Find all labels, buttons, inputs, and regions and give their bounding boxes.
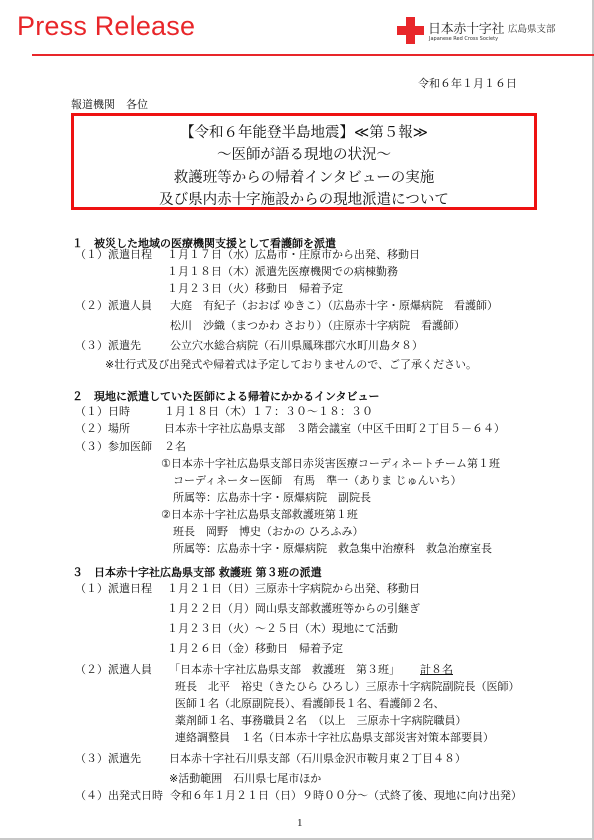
s3-schedule-4: １月２６日（金）移動日 帰着予定 xyxy=(167,642,343,656)
s3-staff-team: 「日本赤十字社広島県支部 救護班 第３班」 xyxy=(169,663,400,677)
s2-doctor-1-affiliation: 所属等：広島赤十字・原爆病院 副院長 xyxy=(173,491,371,505)
s3-schedule-1: １月２１日（日）三原赤十字病院から出発、移動日 xyxy=(167,582,420,596)
section-2-heading: ２ 現地に派遣していた医師による帰着にかかるインタビュー xyxy=(72,388,380,404)
s1-staff-2: 松川 沙織（まつかわ さおり）（庄原赤十字病院 看護師） xyxy=(170,319,465,333)
logo-branch-name: 広島県支部 xyxy=(508,21,556,35)
s3-staff-line-2: 医師１名（北原副院長）、看護師長１名、看護師２名、 xyxy=(175,697,445,711)
addressee: 報道機関 各位 xyxy=(71,96,148,112)
s1-schedule-2: １月１８日（木）派遣先医療機関での病棟勤務 xyxy=(167,265,398,279)
s3-staff-line-1: 班長 北平 裕史（きたひら ひろし）三原赤十字病院副院長（医師） xyxy=(175,680,520,694)
jrc-logo: 日本赤十字社 広島県支部 Japanese Red Cross Society xyxy=(397,15,587,47)
s3-dest: 日本赤十字社石川県支部（石川県金沢市鞍月東２丁目４８） xyxy=(169,752,466,766)
s3-ceremony: 令和６年１月２１日（日）９時００分～（式終了後、現地に向け出発） xyxy=(170,789,522,803)
headline-line-1: 【令和６年能登半島地震】≪第５報≫ xyxy=(74,121,534,142)
s1-dest: 公立穴水総合病院（石川県鳳珠郡穴水町川島タ８） xyxy=(170,339,423,353)
s1-schedule-label: （１）派遣日程 xyxy=(75,248,152,262)
page-number: 1 xyxy=(297,817,303,829)
logo-english-name: Japanese Red Cross Society xyxy=(429,36,498,42)
s2-place-label: （２）場所 xyxy=(75,422,130,436)
s1-schedule-1: １月１７日（水）広島市・庄原市から出発、移動日 xyxy=(167,248,420,262)
s2-datetime: １月１８日（木）１７：３０～１８：３０ xyxy=(164,405,373,419)
section-3-heading: ３ 日本赤十字社広島県支部 救護班 第３班の派遣 xyxy=(72,564,322,580)
s2-place: 日本赤十字社広島県支部 ３階会議室（中区千田町２丁目５－６４） xyxy=(164,422,505,436)
s3-staff-line-4: 連絡調整員 １名（日本赤十字社広島県支部災害対策本部要員） xyxy=(175,731,494,745)
s3-ceremony-label: （４）出発式日時 xyxy=(75,789,163,803)
press-release-title: Press Release xyxy=(17,11,195,42)
s3-schedule-3: １月２３日（火）～２５日（木）現地にて活動 xyxy=(167,622,398,636)
s3-activity-area: ※活動範囲 石川県七尾市ほか xyxy=(169,772,321,786)
headline-box: 【令和６年能登半島地震】≪第５報≫ ～医師が語る現地の状況～ 救護班等からの帰着… xyxy=(71,113,537,210)
logo-org-name: 日本赤十字社 xyxy=(428,18,504,37)
headline-line-2: ～医師が語る現地の状況～ xyxy=(74,143,534,164)
headline-line-3: 救護班等からの帰着インタビューの実施 xyxy=(74,166,534,187)
s1-staff-1: 大庭 有紀子（おおば ゆきこ）（広島赤十字・原爆病院 看護師） xyxy=(170,299,498,313)
s2-doctor-1-name: コーディネーター医師 有馬 準一（ありま じゅんいち） xyxy=(173,474,462,488)
s1-note: ※壮行式及び出発式や帰着式は予定しておりませんので、ご了承ください。 xyxy=(105,358,477,372)
s2-doctor-2-name: 班長 岡野 博史（おかの ひろふみ） xyxy=(173,525,364,539)
s3-staff-label: （２）派遣人員 xyxy=(75,663,152,677)
s2-datetime-label: （１）日時 xyxy=(75,405,130,419)
s2-doctors-label: （３）参加医師 xyxy=(75,440,152,454)
s2-doctor-2-team: ②日本赤十字社広島県支部救護班第１班 xyxy=(161,508,358,522)
s3-schedule-label: （１）派遣日程 xyxy=(75,582,152,596)
s3-dest-label: （３）派遣先 xyxy=(75,752,141,766)
red-cross-icon xyxy=(397,17,424,44)
s3-staff-total: 計８名 xyxy=(420,663,453,677)
issue-date: 令和６年１月１６日 xyxy=(418,75,517,91)
s2-doctors-count: ２名 xyxy=(164,440,186,454)
header-divider xyxy=(32,54,594,56)
s1-staff-label: （２）派遣人員 xyxy=(75,299,152,313)
s1-dest-label: （３）派遣先 xyxy=(75,339,141,353)
s3-schedule-2: １月２２日（月）岡山県支部救護班等からの引継ぎ xyxy=(167,602,420,616)
s1-schedule-3: １月２３日（火）移動日 帰着予定 xyxy=(167,282,343,296)
s2-doctor-2-affiliation: 所属等：広島赤十字・原爆病院 救急集中治療科 救急治療室長 xyxy=(173,542,492,556)
s2-doctor-1-team: ①日本赤十字社広島県支部日赤災害医療コーディネートチーム第１班 xyxy=(161,457,500,471)
headline-line-4: 及び県内赤十字施設からの現地派遣について xyxy=(74,188,534,209)
s3-staff-line-3: 薬剤師１名、事務職員２名 （以上 三原赤十字病院職員） xyxy=(175,714,467,728)
